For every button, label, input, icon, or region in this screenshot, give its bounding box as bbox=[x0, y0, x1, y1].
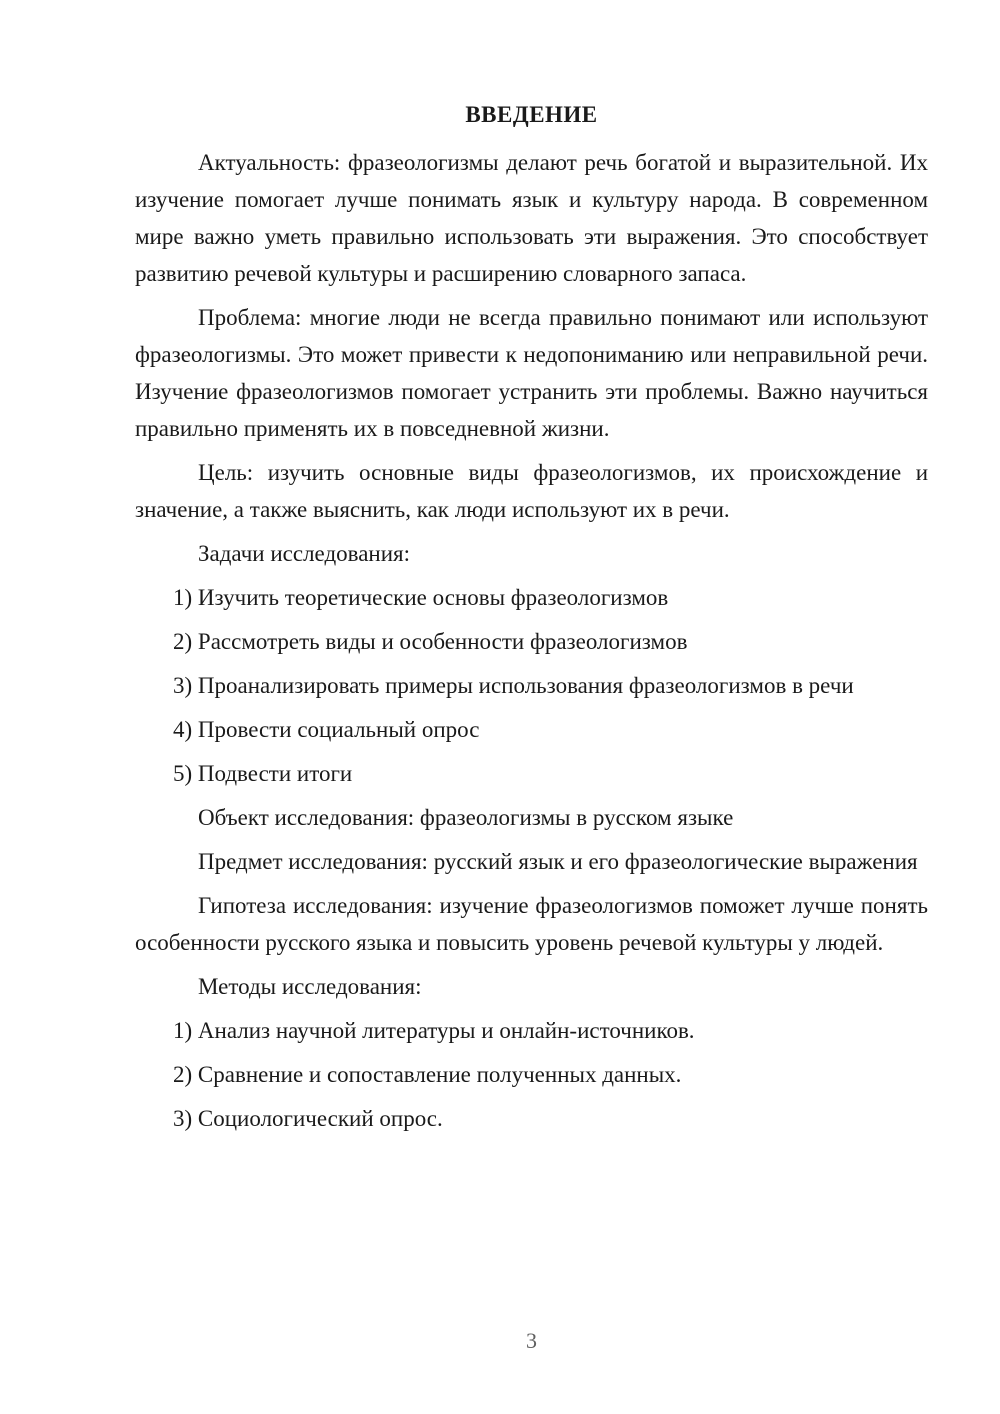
method-item-2: 2) Сравнение и сопоставление полученных … bbox=[135, 1056, 928, 1093]
method-item-1: 1) Анализ научной литературы и онлайн-ис… bbox=[135, 1012, 928, 1049]
task-item-5: 5) Подвести итоги bbox=[135, 755, 928, 792]
methods-label: Методы исследования: bbox=[135, 968, 928, 1005]
paragraph-hypothesis: Гипотеза исследования: изучение фразеоло… bbox=[135, 887, 928, 961]
task-item-1: 1) Изучить теоретические основы фразеоло… bbox=[135, 579, 928, 616]
paragraph-problem: Проблема: многие люди не всегда правильн… bbox=[135, 299, 928, 447]
method-item-3: 3) Социологический опрос. bbox=[135, 1100, 928, 1137]
tasks-label: Задачи исследования: bbox=[135, 535, 928, 572]
document-page: ВВЕДЕНИЕ Актуальность: фразеологизмы дел… bbox=[0, 0, 1000, 1414]
task-item-2: 2) Рассмотреть виды и особенности фразео… bbox=[135, 623, 928, 660]
page-number: 3 bbox=[135, 1322, 928, 1359]
task-item-3: 3) Проанализировать примеры использовани… bbox=[135, 667, 928, 704]
paragraph-relevance: Актуальность: фразеологизмы делают речь … bbox=[135, 144, 928, 292]
section-heading: ВВЕДЕНИЕ bbox=[135, 96, 928, 133]
paragraph-goal: Цель: изучить основные виды фразеологизм… bbox=[135, 454, 928, 528]
paragraph-object: Объект исследования: фразеологизмы в рус… bbox=[135, 799, 928, 836]
task-item-4: 4) Провести социальный опрос bbox=[135, 711, 928, 748]
paragraph-subject: Предмет исследования: русский язык и его… bbox=[135, 843, 928, 880]
